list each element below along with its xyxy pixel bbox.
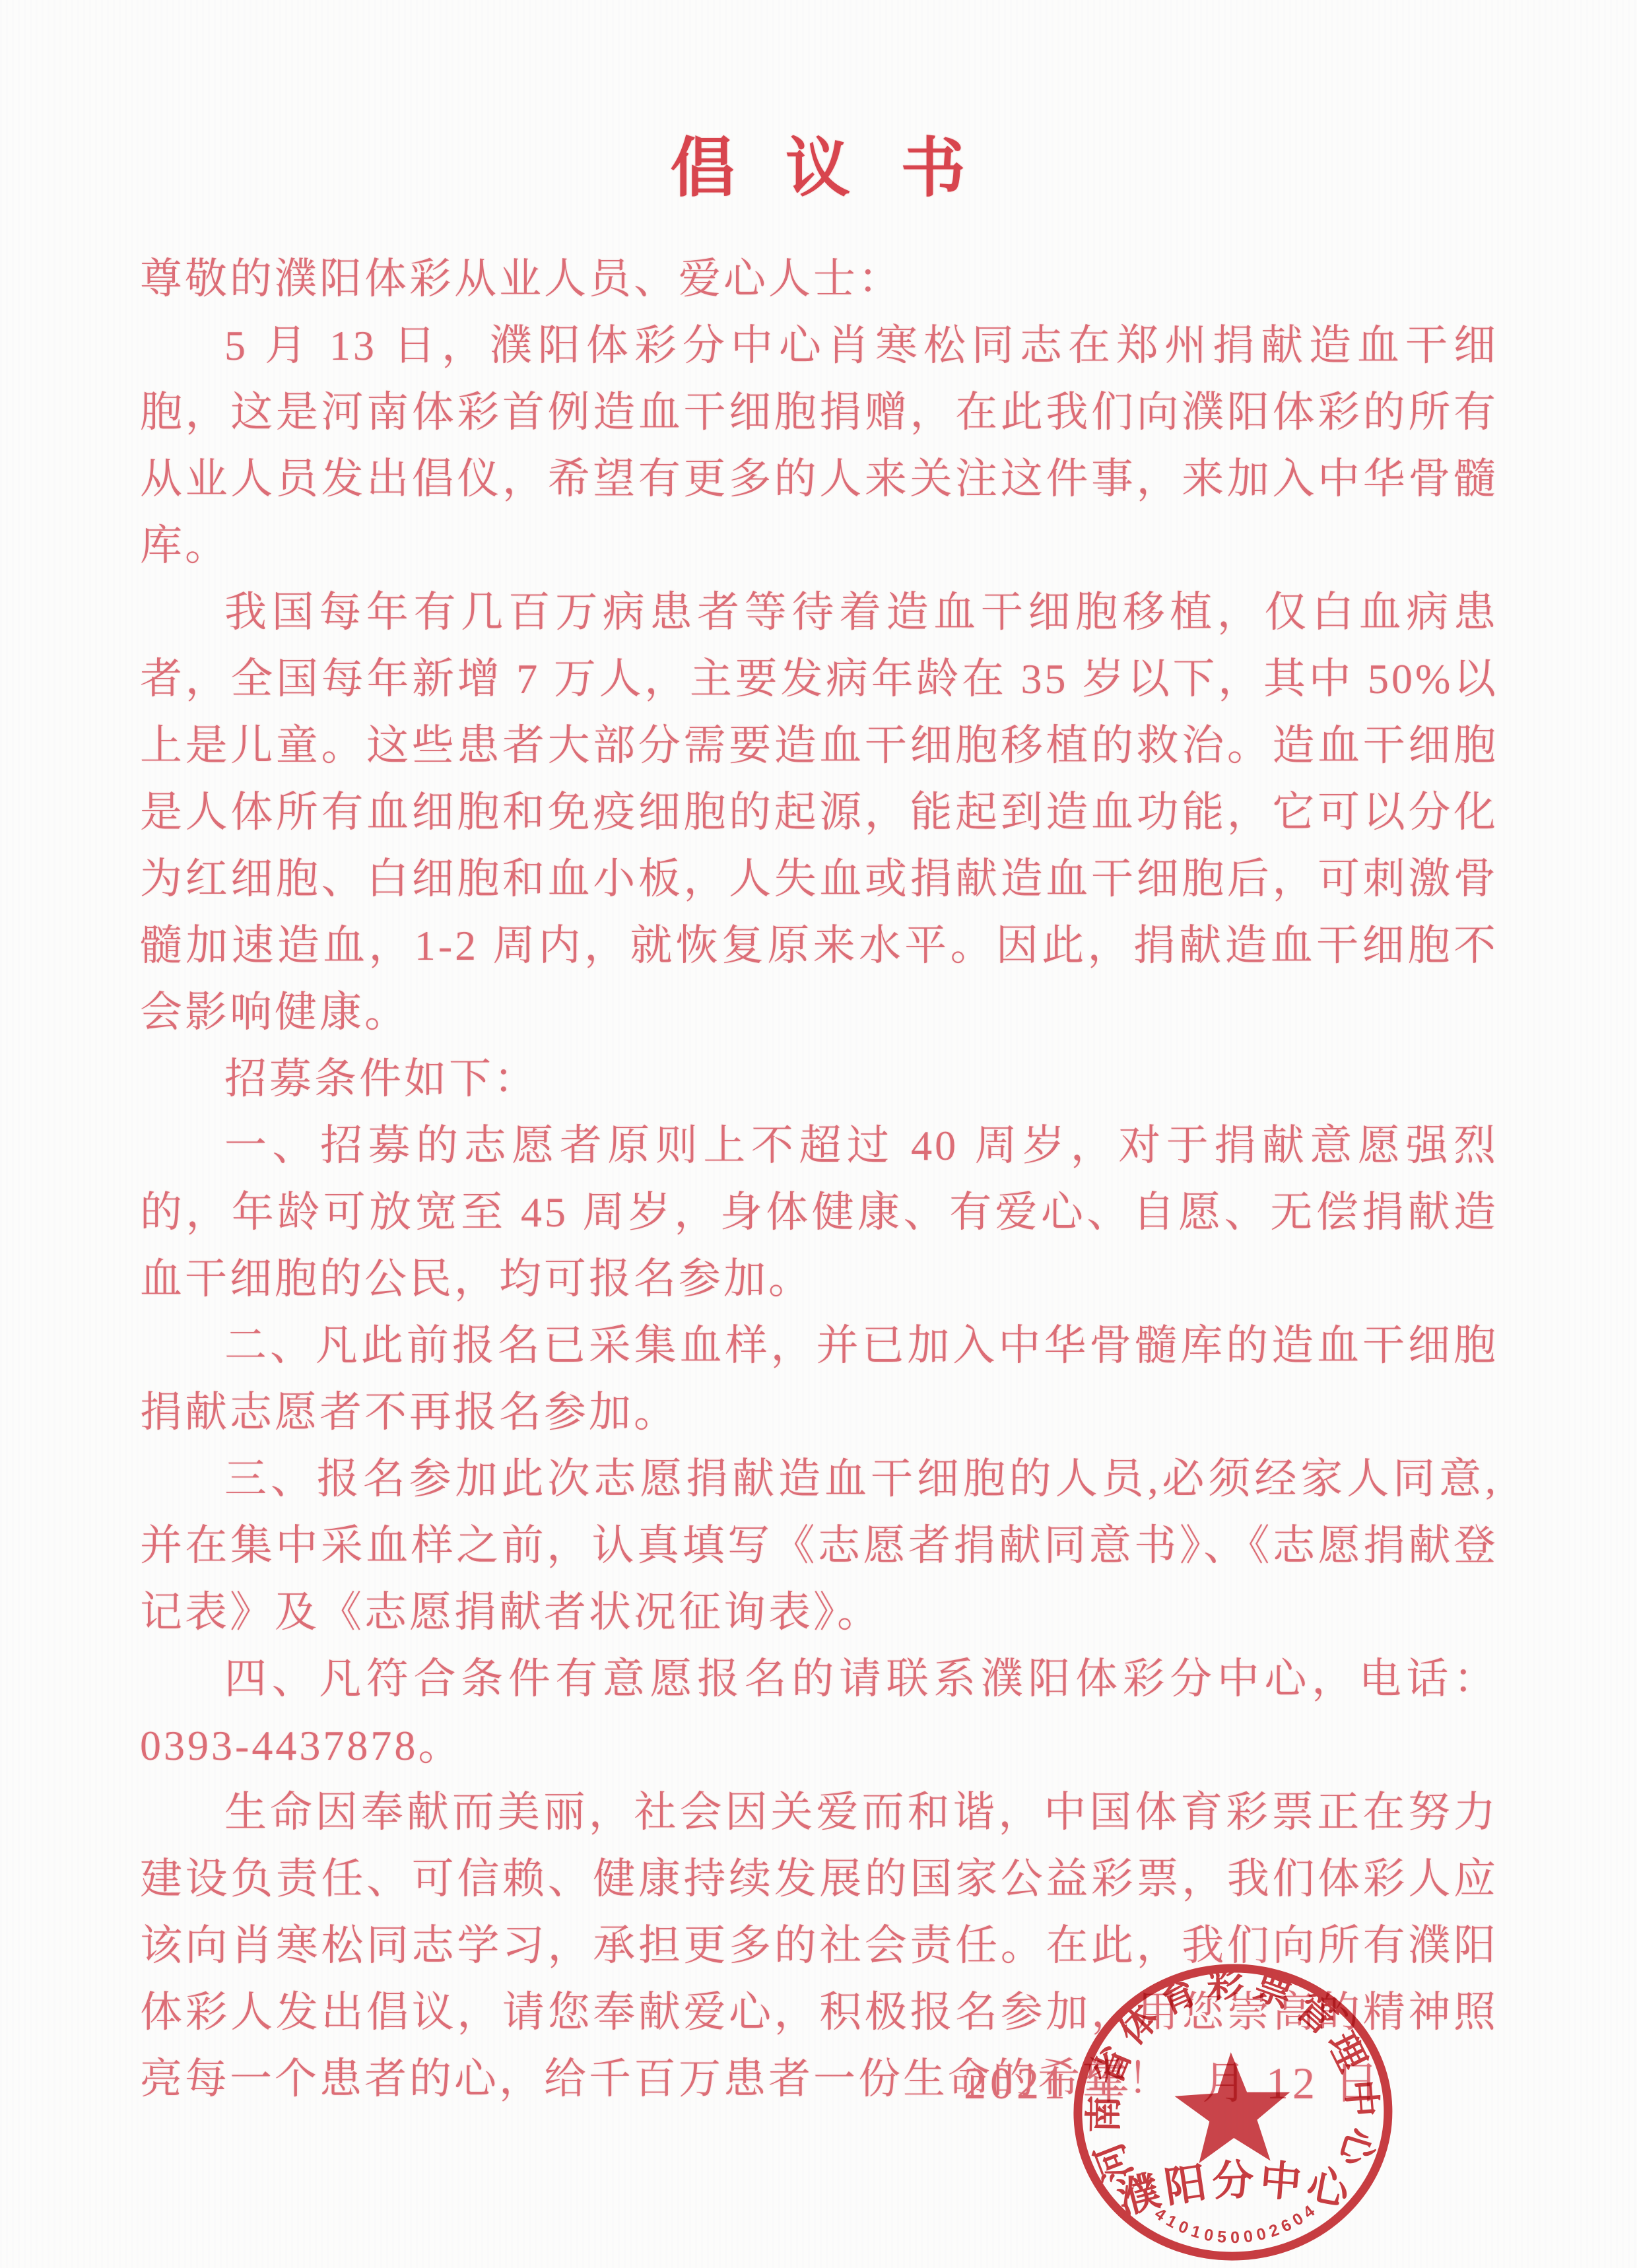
official-seal: 河南省体育彩票管理中心 濮阳分中心 4101050002604 [1065, 1956, 1402, 2268]
letter-body: 尊敬的濮阳体彩从业人员、爱心人士： 5 月 13 日，濮阳体彩分中心肖寒松同志在… [140, 246, 1498, 2112]
page-title: 倡 议 书 [0, 116, 1637, 209]
seal-branch-text: 濮阳分中心 [1112, 2154, 1359, 2224]
paragraph: 我国每年有几百万病患者等待着造血干细胞移植，仅白血病患者，全国每年新增 7 万人… [140, 579, 1498, 1046]
star-icon [1173, 2050, 1292, 2164]
paragraph: 四、凡符合条件有意愿报名的请联系濮阳体彩分中心，电话：0393-4437878。 [140, 1646, 1498, 1779]
scanned-letter-page: 倡 议 书 尊敬的濮阳体彩从业人员、爱心人士： 5 月 13 日，濮阳体彩分中心… [0, 0, 1637, 2268]
paragraph: 5 月 13 日，濮阳体彩分中心肖寒松同志在郑州捐献造血干细胞，这是河南体彩首例… [140, 312, 1498, 579]
salutation: 尊敬的濮阳体彩从业人员、爱心人士： [140, 246, 1498, 312]
paragraph: 二、凡此前报名已采集血样，并已加入中华骨髓库的造血干细胞捐献志愿者不再报名参加。 [140, 1312, 1498, 1446]
paragraph: 三、报名参加此次志愿捐献造血干细胞的人员,必须经家人同意,并在集中采血样之前，认… [140, 1446, 1498, 1646]
paragraph: 一、招募的志愿者原则上不超过 40 周岁，对于捐献意愿强烈的，年龄可放宽至 45… [140, 1112, 1498, 1312]
paragraph: 招募条件如下： [140, 1046, 1498, 1112]
